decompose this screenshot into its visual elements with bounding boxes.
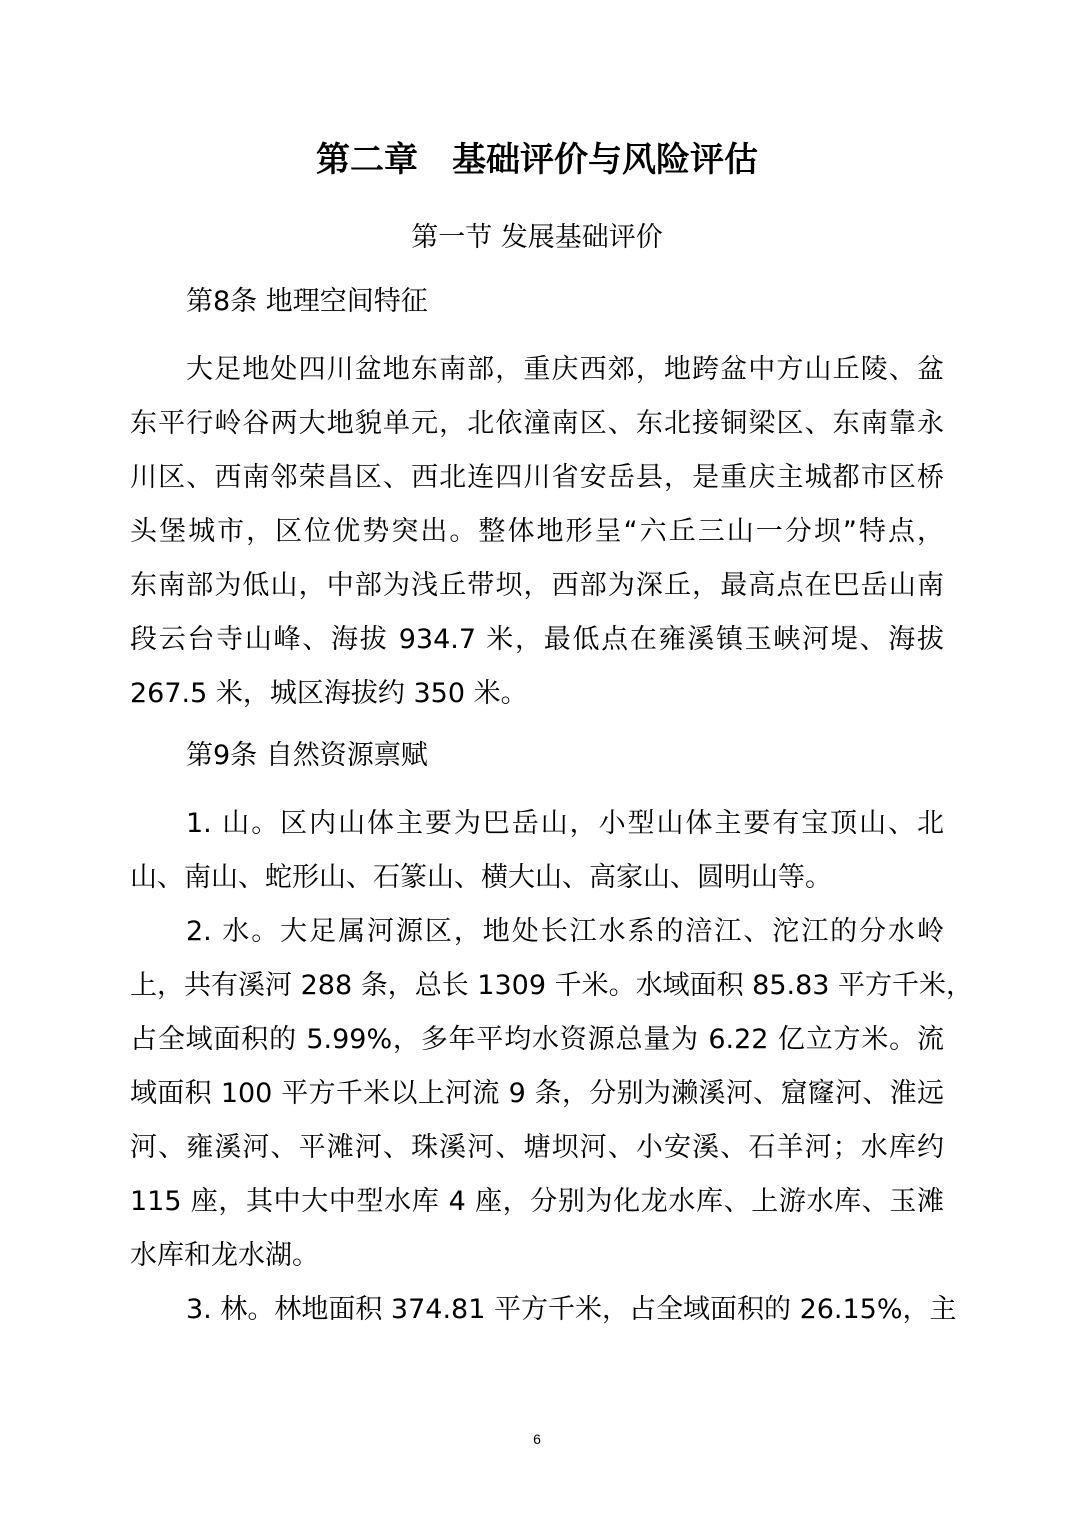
item-3-line-1: 3. 林。林地面积 374.81 平方千米，占全域面积的 26.15%，主 (186, 1292, 944, 1328)
article-8-line-4: 头堡城市，区位优势突出。整体地形呈“六丘三山一分坝”特点， (130, 514, 944, 550)
document-page: 第二章 基础评价与风险评估 第一节 发展基础评价 第8条 地理空间特征 大足地处… (0, 0, 1074, 1520)
article-8-line-3: 川区、西南邻荣昌区、西北连四川省安岳县，是重庆主城都市区桥 (130, 460, 944, 496)
article-8-heading: 第8条 地理空间特征 (186, 284, 428, 320)
article-8-line-7: 267.5 米，城区海拔约 350 米。 (130, 676, 944, 712)
item-1-line-1: 1. 山。区内山体主要为巴岳山，小型山体主要有宝顶山、北 (186, 806, 944, 842)
page-number: 6 (0, 1430, 1074, 1448)
item-2-line-6: 115 座，其中大中型水库 4 座，分别为化龙水库、上游水库、玉滩 (130, 1184, 944, 1220)
article-8-line-6: 段云台寺山峰、海拔 934.7 米，最低点在雍溪镇玉峡河堤、海拔 (130, 622, 944, 658)
item-2-line-1: 2. 水。大足属河源区，地处长江水系的涪江、沱江的分水岭 (186, 914, 944, 950)
section-title: 第一节 发展基础评价 (0, 220, 1074, 256)
item-2-line-7: 水库和龙水湖。 (130, 1238, 944, 1274)
article-8-line-2: 东平行岭谷两大地貌单元，北依潼南区、东北接铜梁区、东南靠永 (130, 406, 944, 442)
article-8-line-5: 东南部为低山，中部为浅丘带坝，西部为深丘，最高点在巴岳山南 (130, 568, 944, 604)
item-2-line-3: 占全域面积的 5.99%，多年平均水资源总量为 6.22 亿立方米。流 (130, 1022, 944, 1058)
item-2-line-4: 域面积 100 平方千米以上河流 9 条，分别为濑溪河、窟窿河、淮远 (130, 1076, 944, 1112)
item-2-line-2: 上，共有溪河 288 条，总长 1309 千米。水域面积 85.83 平方千米， (130, 968, 944, 1004)
article-9-heading: 第9条 自然资源禀赋 (186, 738, 428, 774)
item-2-line-5: 河、雍溪河、平滩河、珠溪河、塘坝河、小安溪、石羊河；水库约 (130, 1130, 944, 1166)
chapter-title: 第二章 基础评价与风险评估 (0, 138, 1074, 182)
article-8-line-1: 大足地处四川盆地东南部，重庆西郊，地跨盆中方山丘陵、盆 (186, 352, 944, 388)
item-1-line-2: 山、南山、蛇形山、石篆山、横大山、高家山、圆明山等。 (130, 860, 944, 896)
